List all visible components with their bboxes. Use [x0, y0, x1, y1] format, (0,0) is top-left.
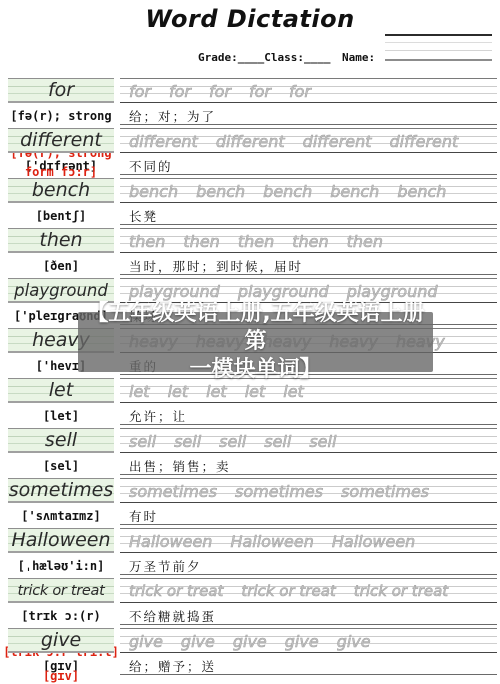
meaning-text: 允许；让: [129, 407, 187, 425]
traced-word: bench: [129, 181, 178, 202]
meaning-cell: 当时，那时；到时候，届时: [120, 253, 497, 278]
traced-word: then: [183, 231, 219, 252]
traced-word: trick or treat: [129, 581, 223, 602]
traced-word: for: [129, 81, 151, 102]
meaning-row: [sel]出售；销售；卖: [0, 453, 500, 478]
grade-blank: ____: [238, 51, 265, 64]
meaning-cell: 长凳: [120, 203, 497, 228]
practice-cell: benchbenchbenchbenchbench: [120, 178, 497, 203]
traced-word: give: [129, 631, 163, 652]
meaning-text: 给；赠予；送: [129, 657, 216, 675]
traced-word: different: [129, 131, 198, 152]
traced-word: for: [169, 81, 191, 102]
traced-word: Halloween: [129, 531, 212, 552]
word-cell: sometimes: [8, 478, 114, 503]
traced-word: give: [337, 631, 371, 652]
word-text: bench: [8, 179, 114, 201]
meaning-text: 有时: [129, 507, 158, 525]
meaning-text: 万圣节前夕: [129, 557, 202, 575]
meaning-cell: 出售；销售；卖: [120, 453, 497, 478]
traced-word: playground: [129, 281, 220, 302]
word-text: playground: [8, 279, 114, 302]
word-row: thenthenthenthenthenthen: [0, 228, 500, 253]
meaning-row: [fə(r); strong给；对；为了: [0, 103, 500, 128]
word-text: different: [8, 129, 114, 151]
traced-word: bench: [330, 181, 379, 202]
phonetic-cell: ['sʌmtaɪmz]: [8, 503, 114, 528]
word-row: HalloweenHalloweenHalloweenHalloween: [0, 528, 500, 553]
traced-word: then: [238, 231, 274, 252]
traced-word: Halloween: [230, 531, 313, 552]
word-row: givegivegivegivegivegive: [0, 628, 500, 653]
practice-cell: sellsellsellsellsell: [120, 428, 497, 453]
traced-word: sometimes: [129, 481, 217, 502]
traced-word: sell: [264, 431, 291, 452]
word-cell: different: [8, 128, 114, 153]
red-phonetic-note-give: [gɪv]: [8, 669, 114, 683]
name-label: Name:: [342, 51, 375, 64]
word-row: trick or treattrick or treattrick or tre…: [0, 578, 500, 603]
meaning-text: 不同的: [129, 157, 173, 175]
practice-cell: givegivegivegivegive: [120, 628, 497, 653]
meaning-cell: 有时: [120, 503, 497, 528]
phonetic-cell: [ðen]: [8, 253, 114, 278]
meaning-row: [trɪk ɔ:(r)不给糖就捣蛋: [0, 603, 500, 628]
phonetic-text: [ˌhæləʊ'i:n]: [18, 559, 105, 573]
word-text: trick or treat: [8, 579, 114, 603]
traced-word: bench: [397, 181, 446, 202]
traced-word: give: [285, 631, 319, 652]
meaning-cell: 给；对；为了: [120, 103, 497, 128]
word-row: benchbenchbenchbenchbenchbench: [0, 178, 500, 203]
traced-word: Halloween: [332, 531, 415, 552]
word-text: sometimes: [8, 479, 114, 501]
phonetic-cell: [ˌhæləʊ'i:n]: [8, 553, 114, 578]
practice-cell: HalloweenHalloweenHalloween: [120, 528, 497, 553]
watermark-line-2: 一模块单词】: [78, 356, 433, 384]
name-line-3: [385, 50, 492, 51]
phonetic-text: [sel]: [43, 459, 79, 473]
meaning-text: 不给糖就捣蛋: [129, 607, 216, 625]
traced-word: trick or treat: [354, 581, 448, 602]
grade-class-line: Grade:____Class:____: [198, 51, 331, 64]
traced-word: for: [209, 81, 231, 102]
phonetic-text: [fə(r); strong: [10, 109, 111, 123]
traced-word: bench: [263, 181, 312, 202]
word-text: then: [8, 229, 114, 251]
meaning-row: [bentʃ]长凳: [0, 203, 500, 228]
traced-word: let: [168, 381, 189, 402]
name-line-1: [385, 34, 492, 36]
meaning-row: [let]允许；让: [0, 403, 500, 428]
practice-cell: trick or treattrick or treattrick or tre…: [120, 578, 497, 603]
traced-word: let: [206, 381, 227, 402]
traced-word: different: [303, 131, 372, 152]
word-row: sellsellsellsellsellsell: [0, 428, 500, 453]
name-line-4: [385, 59, 492, 61]
traced-word: sell: [174, 431, 201, 452]
watermark-overlay: 【五年级英语上册,五年级英语上册第 一模块单词】: [78, 312, 433, 372]
traced-word: for: [289, 81, 311, 102]
grade-label: Grade:: [198, 51, 238, 64]
phonetic-text: [trɪk ɔ:(r): [21, 609, 100, 623]
traced-word: then: [129, 231, 165, 252]
traced-word: sell: [129, 431, 156, 452]
name-writing-lines: [385, 34, 492, 62]
word-cell: bench: [8, 178, 114, 203]
phonetic-cell: [trɪk ɔ:(r): [8, 603, 114, 628]
traced-word: let: [245, 381, 266, 402]
traced-word: sell: [219, 431, 246, 452]
traced-word: sell: [309, 431, 336, 452]
traced-word: bench: [196, 181, 245, 202]
phonetic-text: [ðen]: [43, 259, 79, 273]
red-phonetic-note-for-2: form fɔ:r]: [8, 165, 114, 179]
traced-word: sometimes: [235, 481, 323, 502]
meaning-cell: 不同的: [120, 153, 497, 178]
practice-cell: differentdifferentdifferentdifferent: [120, 128, 497, 153]
meaning-text: 当时，那时；到时候，届时: [129, 257, 303, 275]
meaning-cell: 万圣节前夕: [120, 553, 497, 578]
meaning-row: ['sʌmtaɪmz]有时: [0, 503, 500, 528]
word-text: sell: [8, 429, 114, 451]
meaning-cell: 允许；让: [120, 403, 497, 428]
word-cell: then: [8, 228, 114, 253]
meaning-cell: 给；赠予；送: [120, 653, 497, 678]
phonetic-text: ['sʌmtaɪmz]: [21, 509, 100, 523]
worksheet-page: Word Dictation Grade:____Class:____ Name…: [0, 0, 500, 684]
traced-word: give: [181, 631, 215, 652]
traced-word: let: [129, 381, 150, 402]
traced-word: playground: [238, 281, 329, 302]
word-cell: give: [8, 628, 114, 653]
word-text: give: [8, 629, 114, 651]
phonetic-cell: [sel]: [8, 453, 114, 478]
traced-word: trick or treat: [241, 581, 335, 602]
word-row: forforforforforfor: [0, 78, 500, 103]
traced-word: different: [389, 131, 458, 152]
practice-cell: forforforforfor: [120, 78, 497, 103]
watermark-line-1: 【五年级英语上册,五年级英语上册第: [78, 300, 433, 356]
class-blank: ____: [304, 51, 331, 64]
word-cell: trick or treat: [8, 578, 114, 603]
meaning-text: 给；对；为了: [129, 107, 216, 125]
traced-word: then: [347, 231, 383, 252]
word-row: differentdifferentdifferentdifferentdiff…: [0, 128, 500, 153]
traced-word: for: [249, 81, 271, 102]
word-cell: for: [8, 78, 114, 103]
meaning-cell: 不给糖就捣蛋: [120, 603, 497, 628]
practice-cell: sometimessometimessometimes: [120, 478, 497, 503]
meaning-text: 出售；销售；卖: [129, 457, 231, 475]
word-row: sometimessometimessometimessometimes: [0, 478, 500, 503]
meaning-row: [ðen]当时，那时；到时候，届时: [0, 253, 500, 278]
practice-cell: thenthenthenthenthen: [120, 228, 497, 253]
traced-word: give: [233, 631, 267, 652]
word-cell: sell: [8, 428, 114, 453]
traced-word: let: [283, 381, 304, 402]
phonetic-cell: [let]: [8, 403, 114, 428]
traced-word: sometimes: [341, 481, 429, 502]
meaning-text: 长凳: [129, 207, 158, 225]
traced-word: playground: [347, 281, 438, 302]
page-title: Word Dictation: [0, 5, 500, 33]
traced-word: then: [292, 231, 328, 252]
word-text: for: [8, 79, 114, 101]
word-cell: Halloween: [8, 528, 114, 553]
traced-word: different: [216, 131, 285, 152]
name-line-2: [385, 42, 492, 43]
phonetic-text: [let]: [43, 409, 79, 423]
meaning-row: [ˌhæləʊ'i:n]万圣节前夕: [0, 553, 500, 578]
phonetic-cell: [fə(r); strong: [8, 103, 114, 128]
phonetic-text: [bentʃ]: [36, 209, 87, 223]
word-text: Halloween: [8, 529, 114, 551]
class-label: Class:: [264, 51, 304, 64]
phonetic-cell: [bentʃ]: [8, 203, 114, 228]
